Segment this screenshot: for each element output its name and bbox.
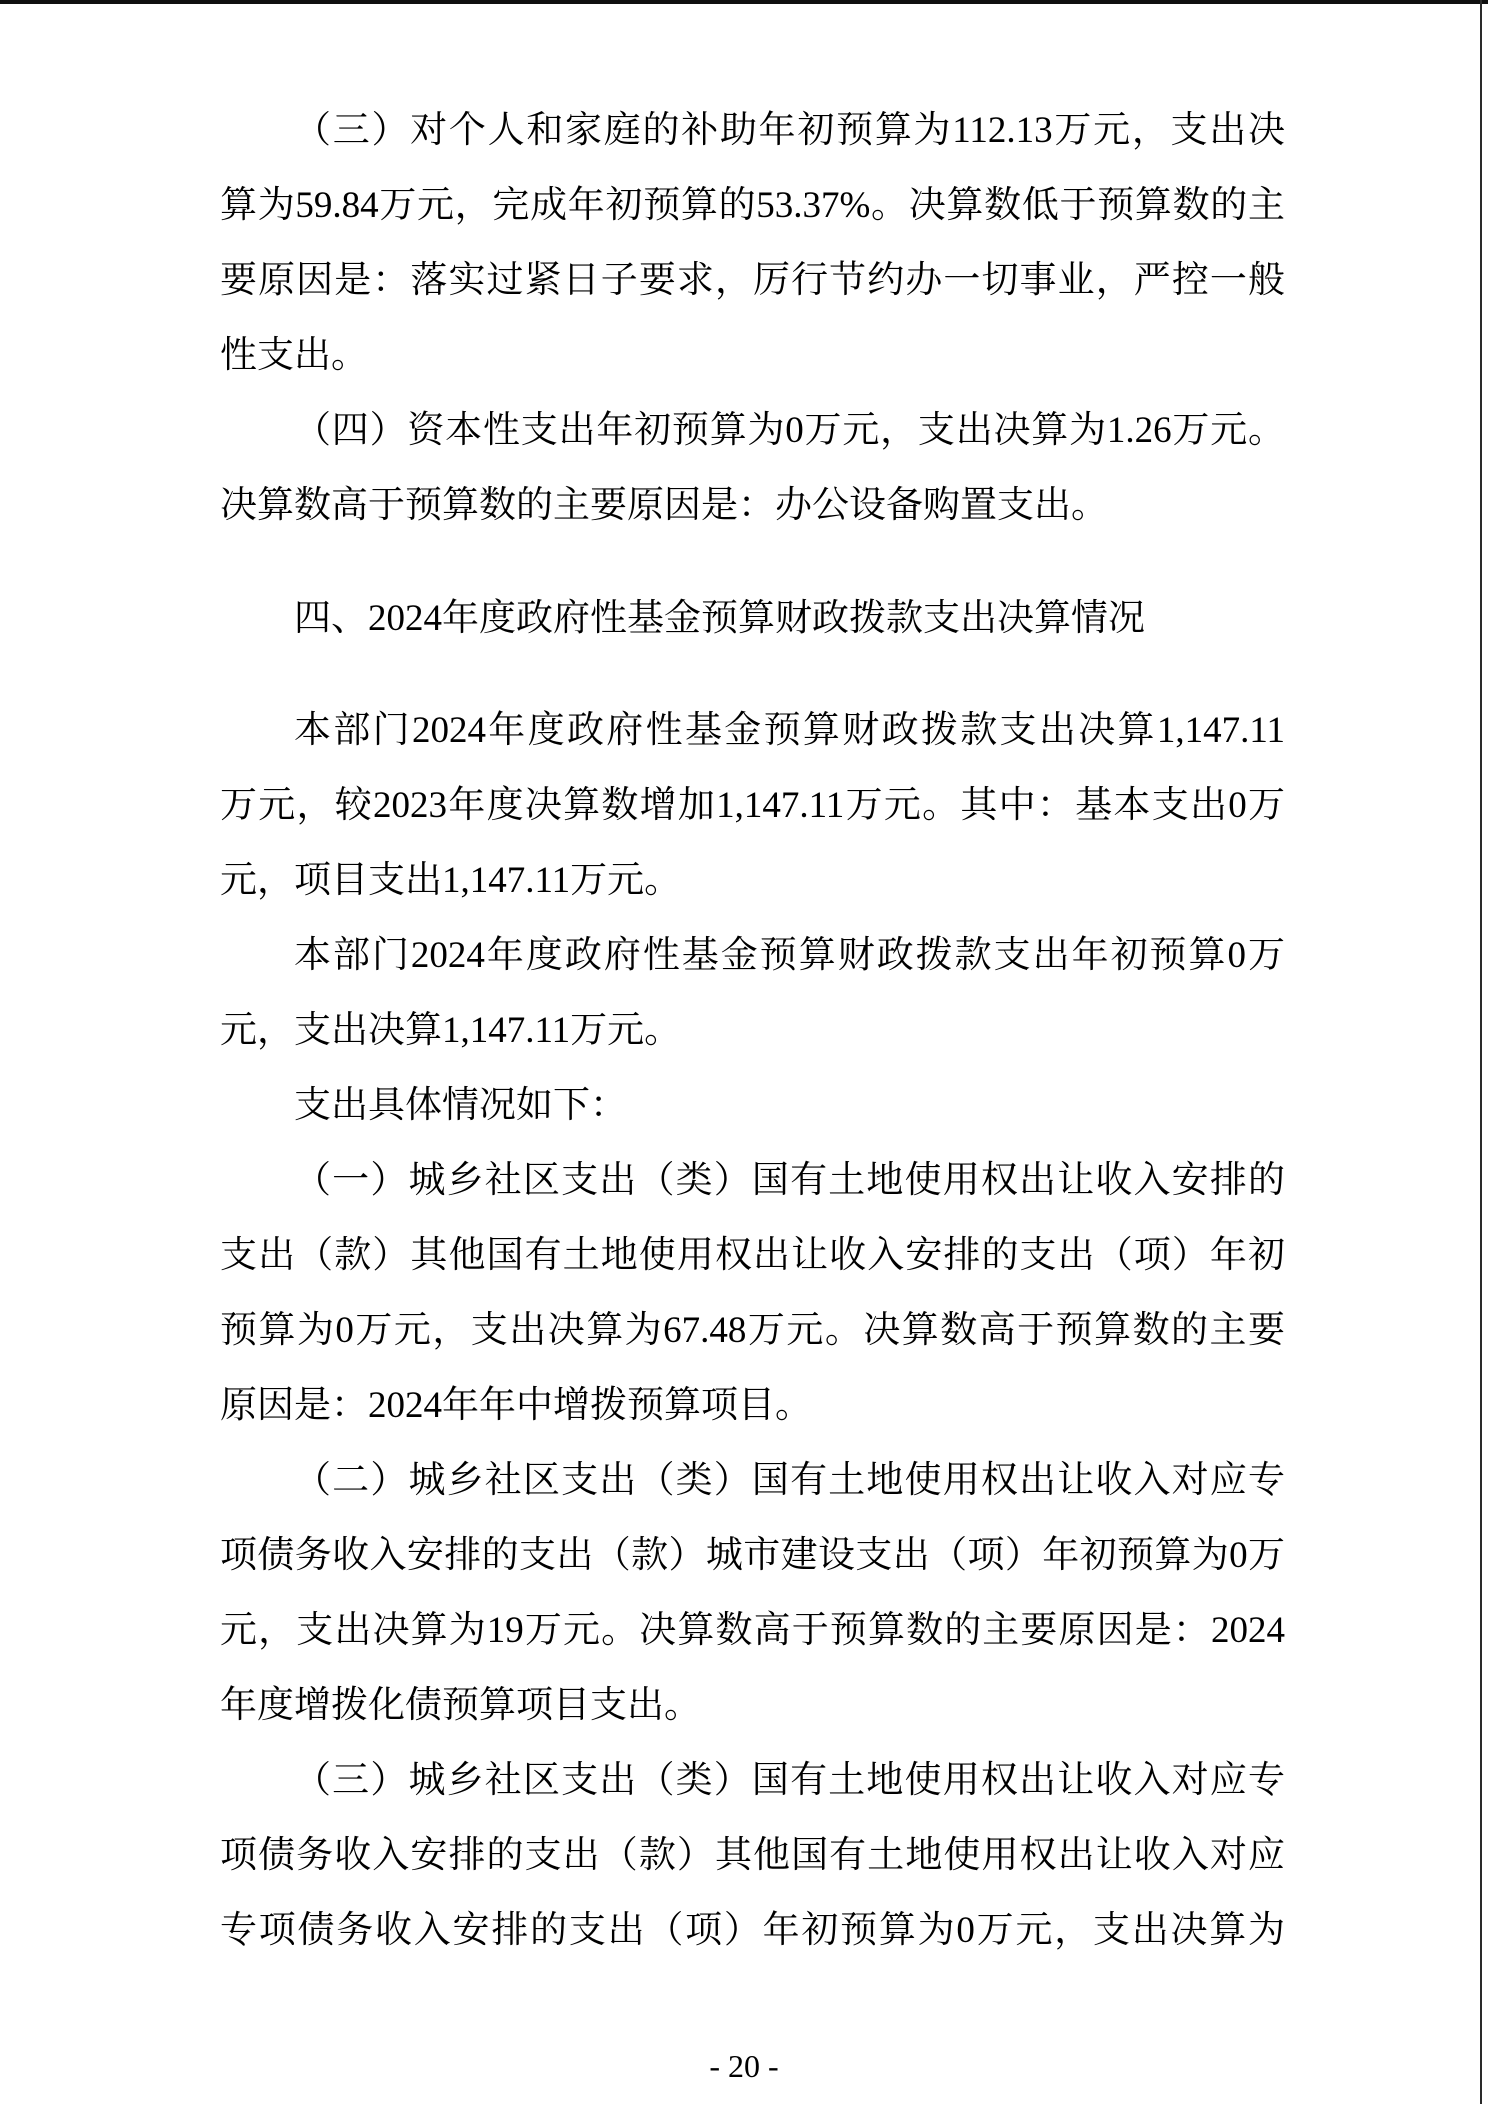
text-line: 支出具体情况如下：: [220, 1068, 1285, 1143]
text-line: 万元，较2023年度决算数增加1,147.11万元。其中：基本支出0万: [220, 768, 1285, 843]
text-line: 专项债务收入安排的支出（项）年初预算为0万元，支出决算为: [220, 1893, 1285, 1968]
text-line: 算为59.84万元，完成年初预算的53.37%。决算数低于预算数的主: [220, 168, 1285, 243]
text-line: 本部门2024年度政府性基金预算财政拨款支出决算1,147.11: [220, 693, 1285, 768]
text-line: （三）对个人和家庭的补助年初预算为112.13万元，支出决: [220, 93, 1285, 168]
text-line: （二）城乡社区支出（类）国有土地使用权出让收入对应专: [220, 1443, 1285, 1518]
document-body: （三）对个人和家庭的补助年初预算为112.13万元，支出决算为59.84万元，完…: [220, 93, 1285, 1968]
page-number: - 20 -: [0, 2036, 1488, 2096]
text-line: 元，项目支出1,147.11万元。: [220, 843, 1285, 918]
text-line: 年度增拨化债预算项目支出。: [220, 1668, 1285, 1743]
text-line: 项债务收入安排的支出（款）其他国有土地使用权出让收入对应: [220, 1818, 1285, 1893]
text-line: （一）城乡社区支出（类）国有土地使用权出让收入安排的: [220, 1143, 1285, 1218]
scan-edge-right: [1480, 0, 1482, 2104]
text-line: 元，支出决算1,147.11万元。: [220, 993, 1285, 1068]
text-line: 本部门2024年度政府性基金预算财政拨款支出年初预算0万: [220, 918, 1285, 993]
section-heading: 四、2024年度政府性基金预算财政拨款支出决算情况: [220, 581, 1285, 656]
document-page: （三）对个人和家庭的补助年初预算为112.13万元，支出决算为59.84万元，完…: [0, 0, 1488, 2104]
text-line: （四）资本性支出年初预算为0万元，支出决算为1.26万元。: [220, 393, 1285, 468]
text-line: 原因是：2024年年中增拨预算项目。: [220, 1368, 1285, 1443]
text-line: 决算数高于预算数的主要原因是：办公设备购置支出。: [220, 468, 1285, 543]
text-line: 要原因是：落实过紧日子要求，厉行节约办一切事业，严控一般: [220, 243, 1285, 318]
text-line: 元，支出决算为19万元。决算数高于预算数的主要原因是：2024: [220, 1593, 1285, 1668]
text-line: 支出（款）其他国有土地使用权出让收入安排的支出（项）年初: [220, 1218, 1285, 1293]
text-line: 预算为0万元，支出决算为67.48万元。决算数高于预算数的主要: [220, 1293, 1285, 1368]
text-line: （三）城乡社区支出（类）国有土地使用权出让收入对应专: [220, 1743, 1285, 1818]
text-line: 项债务收入安排的支出（款）城市建设支出（项）年初预算为0万: [220, 1518, 1285, 1593]
scan-edge-top: [0, 0, 1488, 4]
text-line: 性支出。: [220, 318, 1285, 393]
